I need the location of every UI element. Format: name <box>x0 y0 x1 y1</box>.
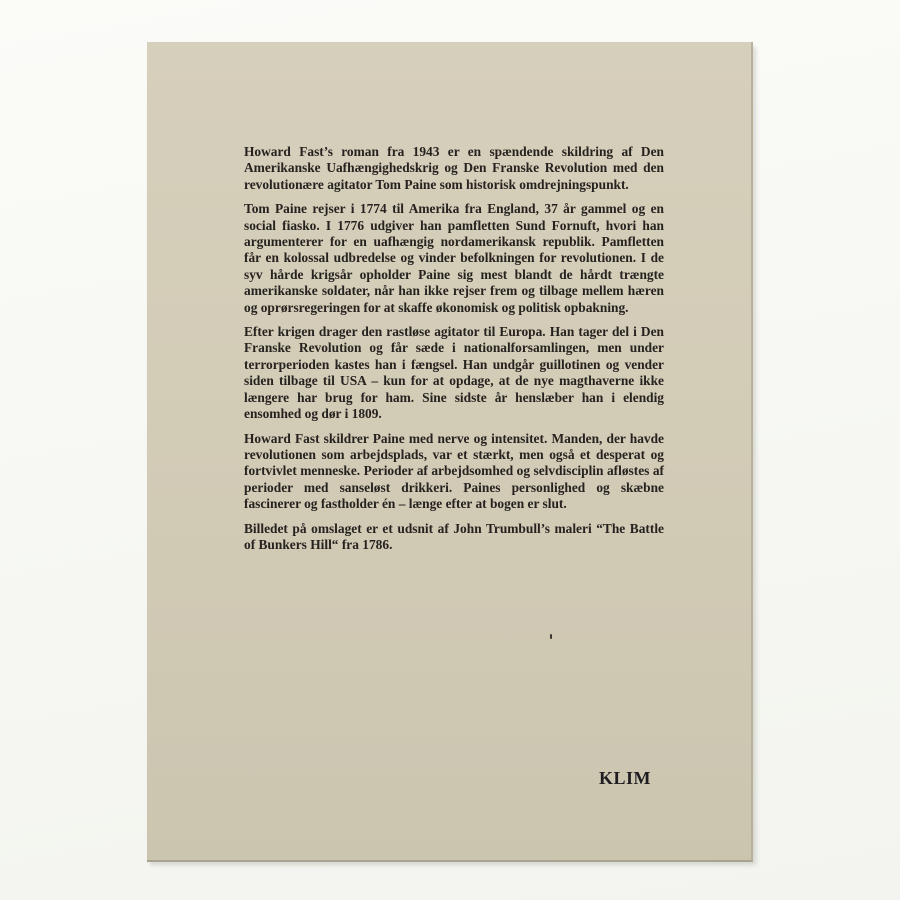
blurb-paragraph-3: Efter krigen drager den rastløse agitato… <box>244 324 664 422</box>
book-back-cover: Howard Fast’s roman fra 1943 er en spænd… <box>147 42 753 862</box>
ink-speck <box>550 634 552 639</box>
blurb-paragraph-1: Howard Fast’s roman fra 1943 er en spænd… <box>244 144 664 193</box>
publisher-logo: KLIM <box>599 768 651 789</box>
blurb-text: Howard Fast’s roman fra 1943 er en spænd… <box>244 144 664 561</box>
photo-background: Howard Fast’s roman fra 1943 er en spænd… <box>0 0 900 900</box>
blurb-paragraph-2: Tom Paine rejser i 1774 til Amerika fra … <box>244 201 664 316</box>
blurb-paragraph-5: Billedet på omslaget er et udsnit af Joh… <box>244 521 664 554</box>
blurb-paragraph-4: Howard Fast skildrer Paine med nerve og … <box>244 431 664 513</box>
